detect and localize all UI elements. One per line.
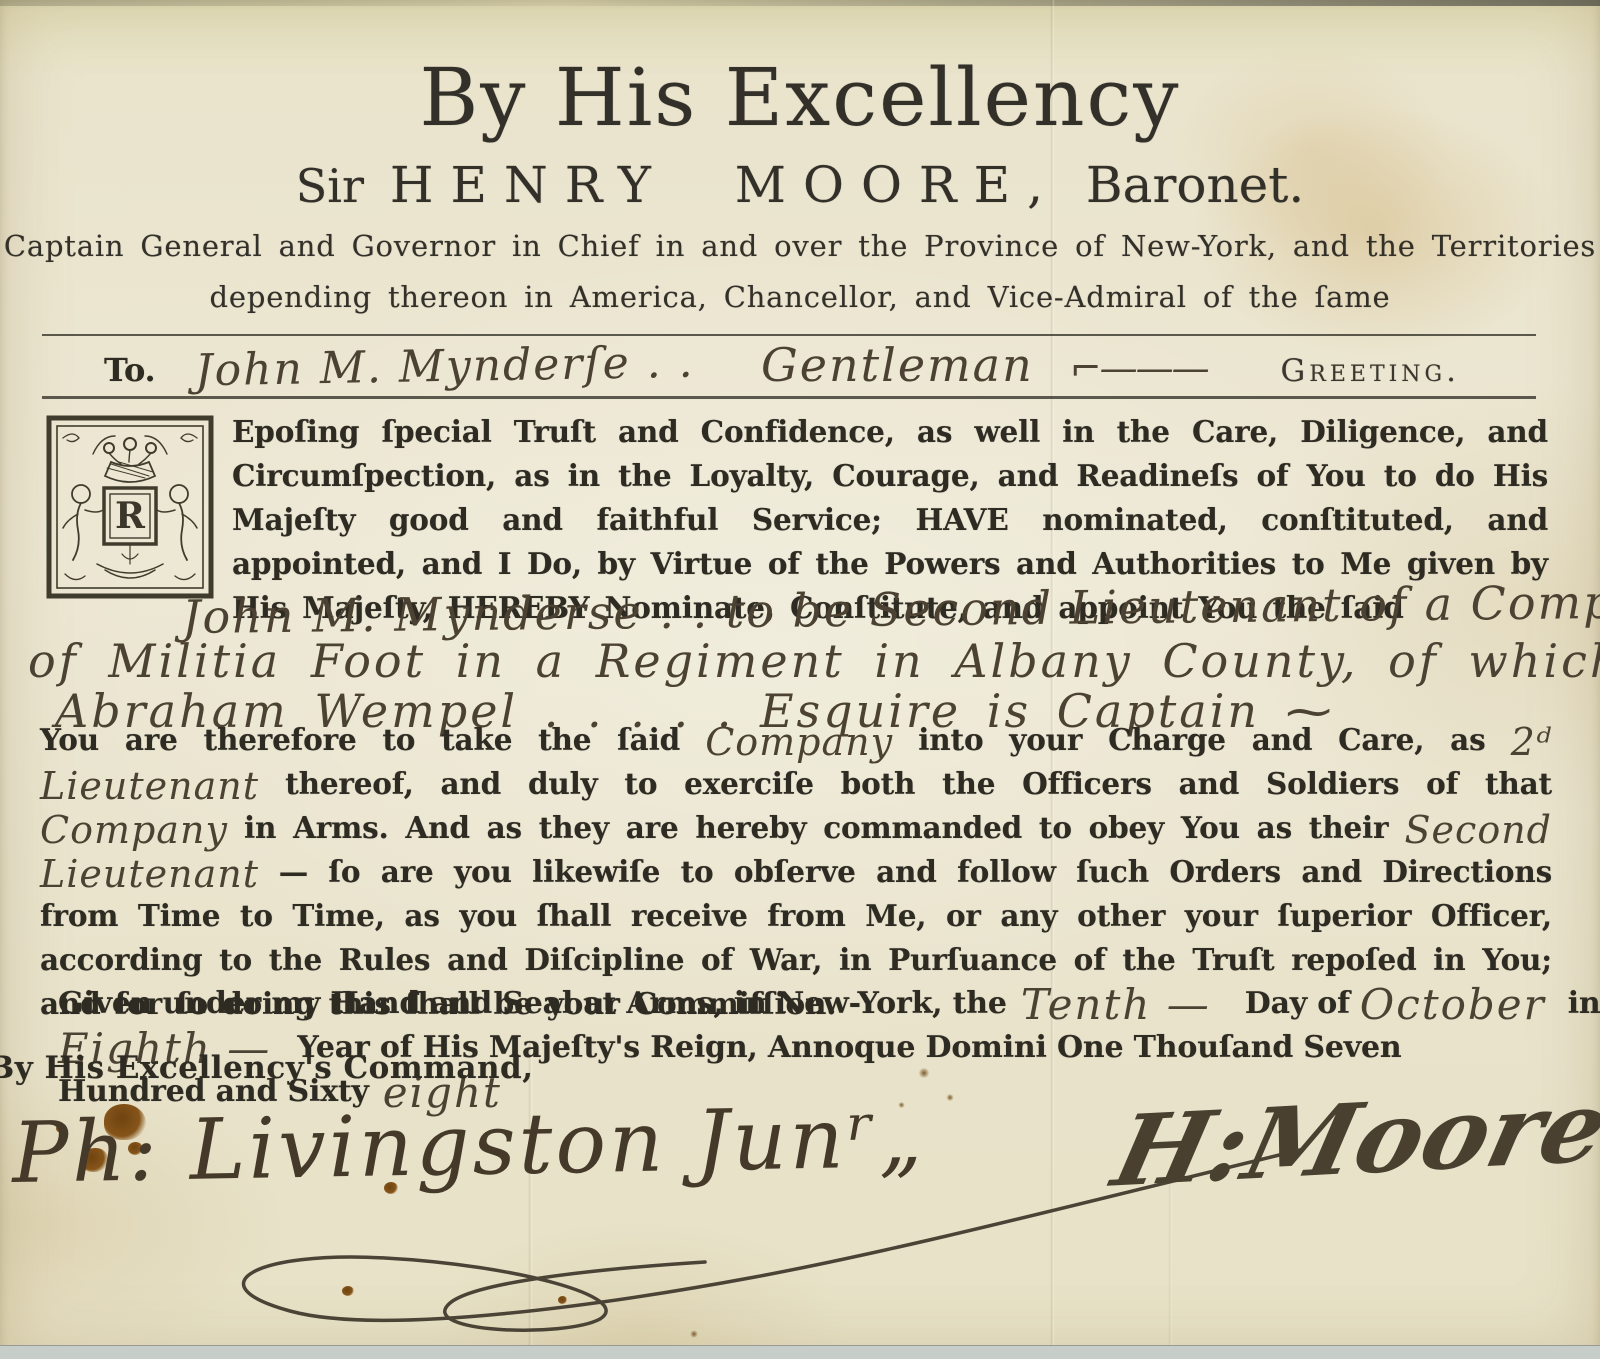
- drop-cap-letter: R: [115, 495, 146, 537]
- rule-bottom: [42, 396, 1536, 399]
- title: By His Excellency: [0, 56, 1600, 140]
- charge-print: thereof, and duly to exerciſe both the O…: [285, 766, 1552, 801]
- addressee-rank: Gentleman: [761, 338, 1034, 392]
- dating-print: Given under my Hand and Seal at Arms, in…: [58, 986, 1007, 1021]
- charge-print: into your Charge and Care, as: [918, 722, 1485, 757]
- office-line-2: depending thereon in America, Chancellor…: [0, 279, 1600, 316]
- subtitle-baronet: Baronet.: [1086, 156, 1304, 214]
- rule-top: [42, 334, 1536, 336]
- dating-line-1: Given under my Hand and Seal at Arms, in…: [58, 982, 1536, 1026]
- charge-print: You are therefore to take the ſaid: [40, 722, 680, 757]
- pen-dash: ⌐———: [1070, 346, 1208, 390]
- command-line: By His Excellency's Command,: [0, 1050, 534, 1086]
- charge-script-company: Company: [705, 720, 893, 764]
- photo-top-edge: [0, 0, 1600, 6]
- dating-script-month: October: [1360, 980, 1546, 1029]
- greeting-label: Greeting.: [1281, 353, 1461, 389]
- subtitle-sir: Sir: [296, 159, 364, 213]
- commission-document: By His Excellency Sir HENRY MOORE, Baron…: [0, 0, 1600, 1359]
- mat-strip: [0, 1345, 1600, 1359]
- dating-print: Day of: [1245, 986, 1350, 1021]
- charge-script-company: Company: [40, 808, 228, 852]
- address-line: To. John M. Mynderſe . . Gentleman ⌐——— …: [42, 338, 1536, 396]
- office-line-1: Captain General and Governor in Chief in…: [0, 228, 1600, 265]
- document-header: By His Excellency Sir HENRY MOORE, Baron…: [0, 56, 1600, 316]
- dating-print: in the: [1568, 986, 1600, 1021]
- charge-print: in Arms. And as they are hereby commande…: [244, 810, 1388, 845]
- charge-paragraph: You are therefore to take the ſaid Compa…: [40, 718, 1552, 1026]
- subtitle-name: HENRY MOORE,: [390, 156, 1060, 214]
- dating-script-day: Tenth —: [1021, 980, 1211, 1029]
- manuscript-unit-line: of Militia Foot in a Regiment in Albany …: [28, 634, 1600, 688]
- addressee-name: John M. Mynderſe . .: [195, 337, 695, 397]
- to-label: To.: [104, 351, 155, 389]
- subtitle: Sir HENRY MOORE, Baronet.: [0, 156, 1600, 214]
- royal-cipher-woodcut: R: [44, 414, 216, 600]
